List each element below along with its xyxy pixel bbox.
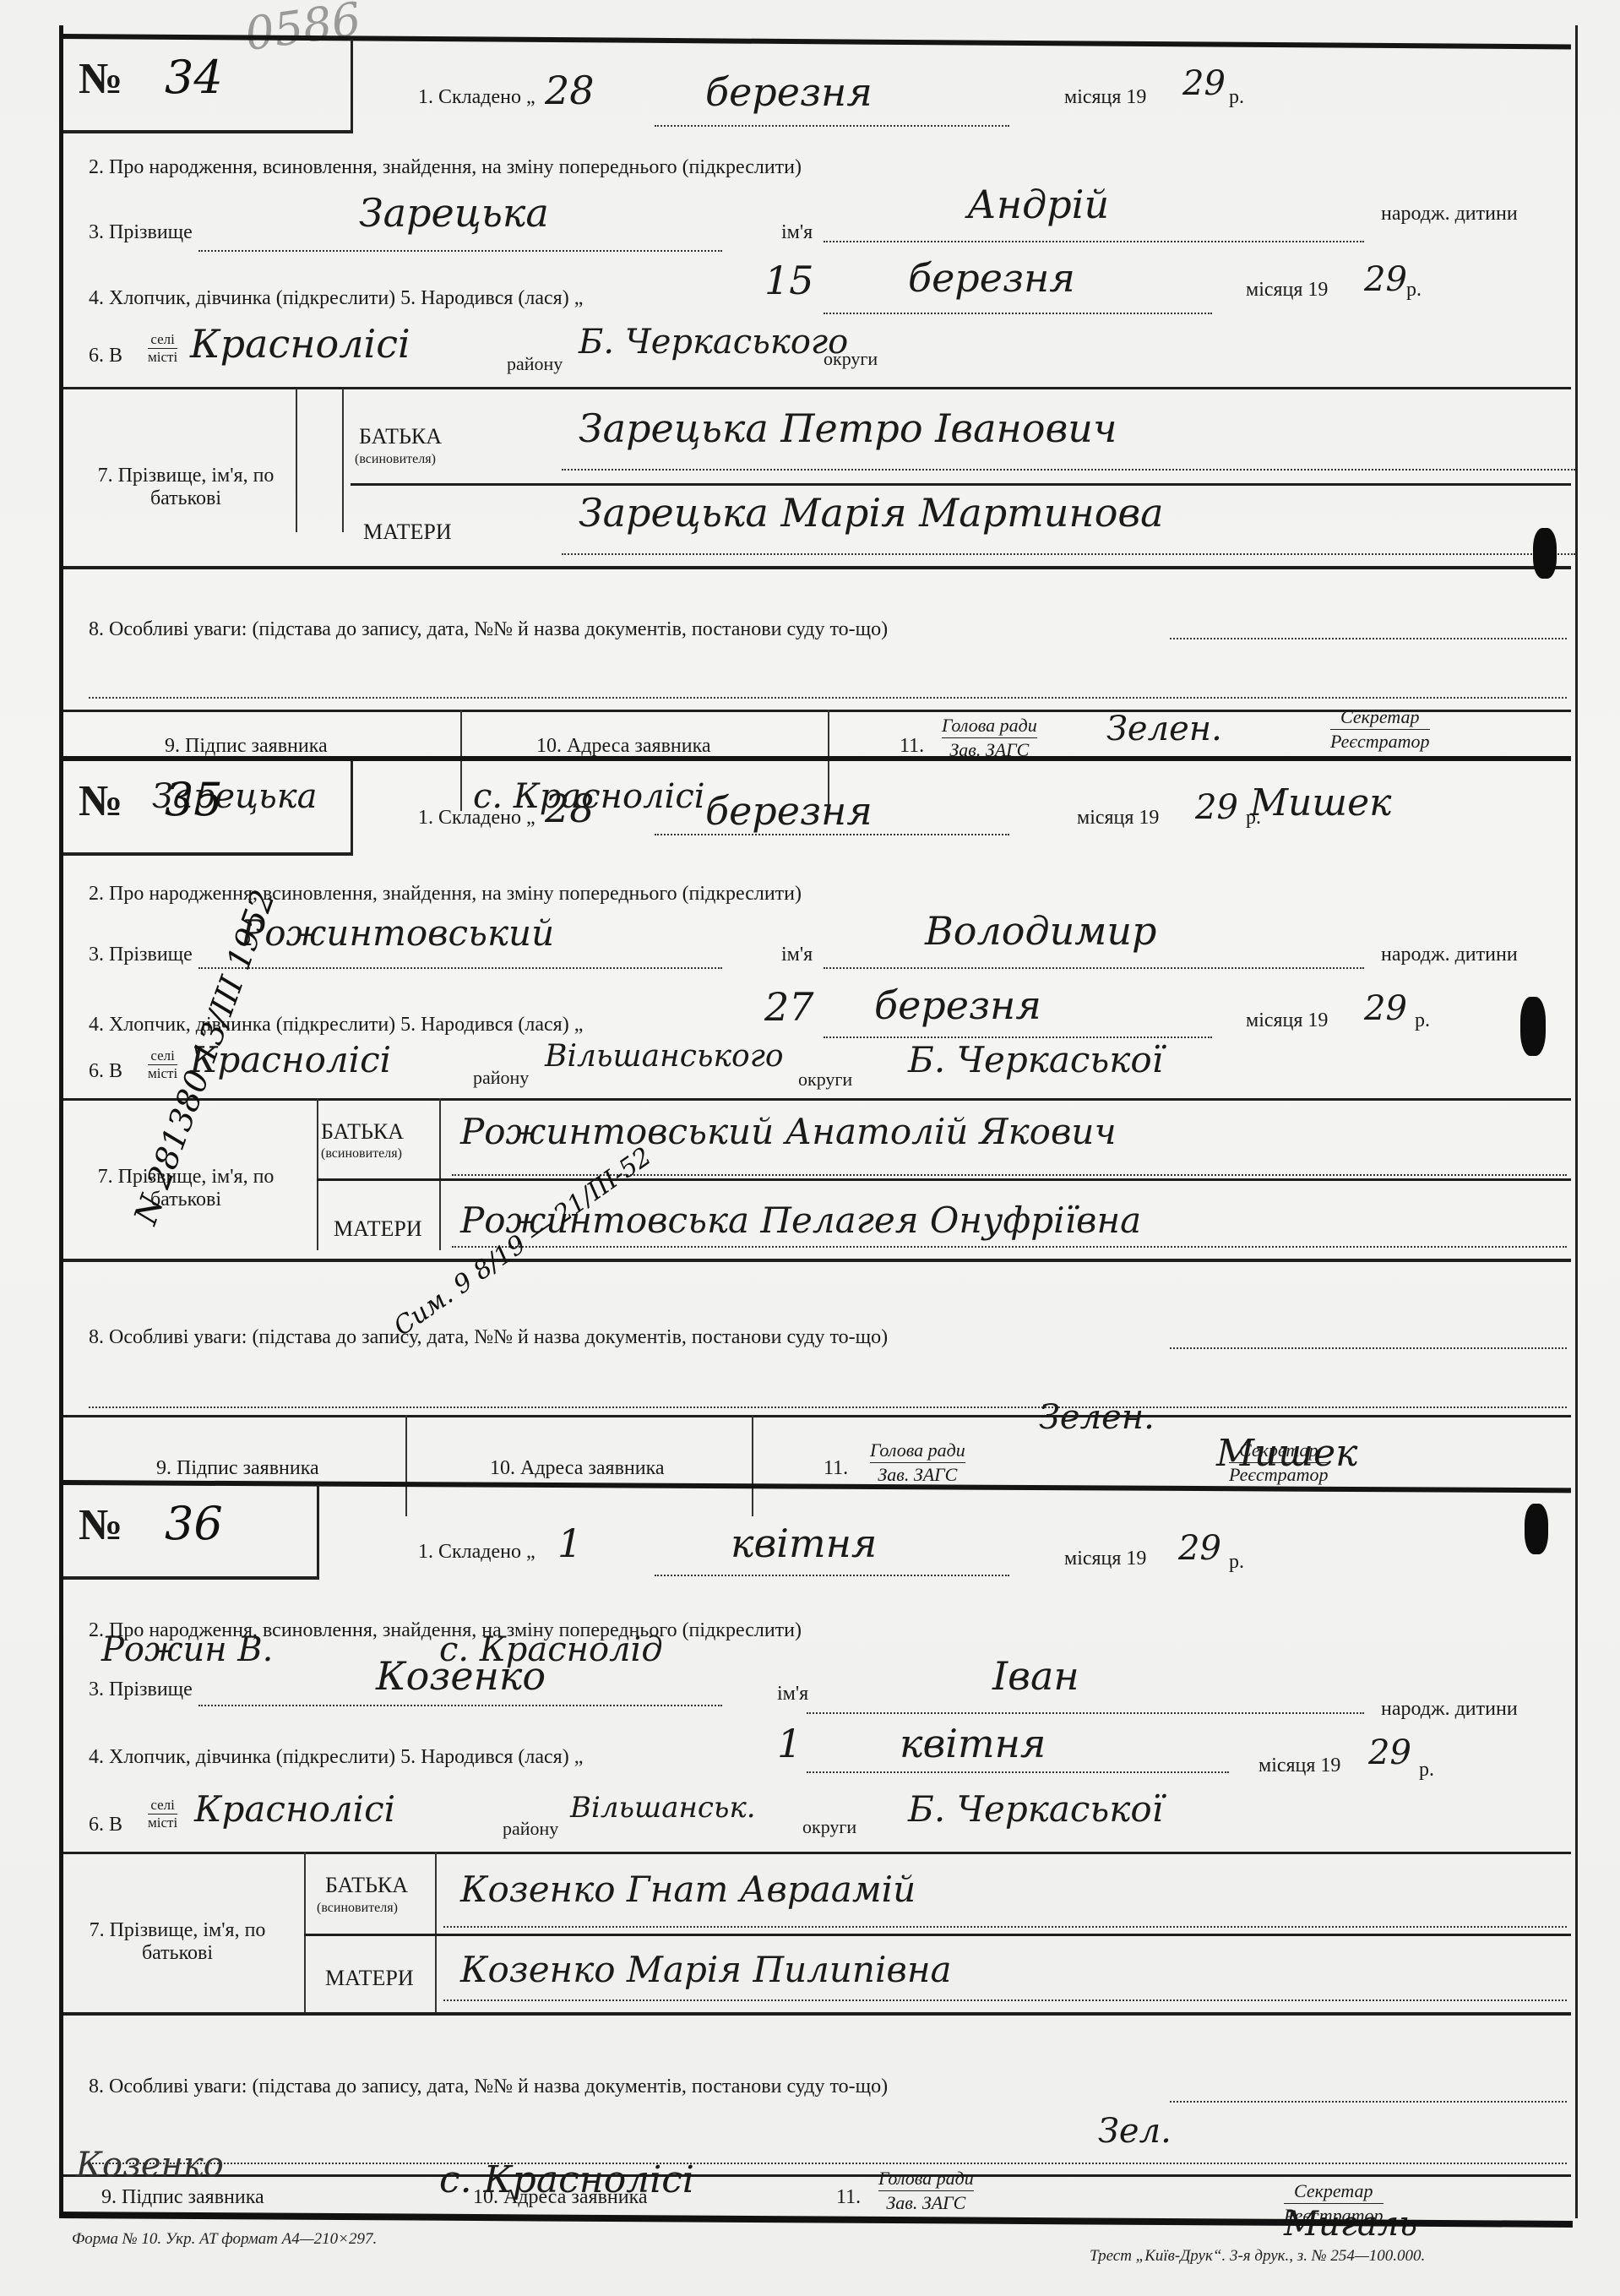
head-signature: Зелен. bbox=[1039, 1398, 1155, 1437]
event-type-label: 2. Про народження, всиновлення, знайденн… bbox=[89, 156, 802, 179]
birth-month: березня bbox=[908, 255, 1075, 301]
head-signature: Зелен. bbox=[1106, 710, 1222, 748]
mother-name: Зарецька Марія Мартинова bbox=[579, 490, 1164, 536]
father-name: Зарецька Петро Іванович bbox=[579, 405, 1117, 451]
record-entry-35: № 35 1. Складено „ 28 березня місяця 19 … bbox=[63, 756, 1571, 1457]
registrar-signature: Мишек bbox=[1216, 1432, 1357, 1475]
record-number: 36 bbox=[165, 1497, 223, 1550]
child-surname: Зарецька bbox=[359, 190, 549, 236]
binding-hole bbox=[1520, 997, 1546, 1056]
number-sign: № bbox=[79, 54, 124, 104]
village: Краснолісі bbox=[190, 321, 410, 367]
parents-label: 7. Прізвище, ім'я, по батькові bbox=[97, 465, 275, 510]
applicant-signature: Козенко bbox=[76, 2146, 224, 2184]
record-entry-36: № 36 1. Складено „ 1 квітня місяця 19 29… bbox=[63, 1480, 1571, 2223]
scanned-document-page: 0586 № 34 1. Складено „ 28 березня місяц… bbox=[0, 0, 1620, 2296]
compiled-label: 1. Складено „ bbox=[418, 86, 535, 109]
head-signature: Зел. bbox=[1098, 2112, 1172, 2151]
record-number-box: № 34 bbox=[63, 39, 353, 133]
birth-day: 15 bbox=[764, 258, 814, 303]
binding-hole bbox=[1525, 1504, 1548, 1554]
child-first-name: Андрій bbox=[967, 182, 1109, 227]
record-number-box: № 36 bbox=[63, 1485, 319, 1580]
compiled-month: березня bbox=[705, 69, 873, 115]
form-footer-right: Трест „Київ-Друк“. 3-я друк., з. № 254—1… bbox=[1090, 2247, 1425, 2266]
notes-label: 8. Особливі уваги: (підстава до запису, … bbox=[89, 618, 888, 641]
compiled-day: 28 bbox=[545, 68, 595, 113]
district: Б. Черкаського bbox=[579, 323, 848, 362]
month-year-label: місяця 19 bbox=[1064, 86, 1146, 109]
place-label: 6. В bbox=[89, 345, 122, 367]
applicant-address: с. Краснолісі bbox=[439, 2158, 694, 2201]
binding-hole bbox=[1533, 528, 1557, 579]
record-entry-34: № 34 1. Складено „ 28 березня місяця 19 … bbox=[63, 34, 1571, 760]
birth-year: 29 bbox=[1364, 260, 1407, 299]
form-footer-left: Форма № 10. Укр. АТ формат А4—210×297. bbox=[72, 2230, 377, 2249]
record-number: 35 bbox=[165, 773, 223, 826]
record-number: 34 bbox=[165, 51, 223, 104]
record-number-box: № 35 bbox=[63, 761, 353, 856]
compiled-year: 29 bbox=[1182, 64, 1226, 103]
sex-birth-label: 4. Хлопчик, дівчинка (підкреслити) 5. На… bbox=[89, 287, 583, 310]
surname-label: 3. Прізвище bbox=[89, 221, 193, 244]
